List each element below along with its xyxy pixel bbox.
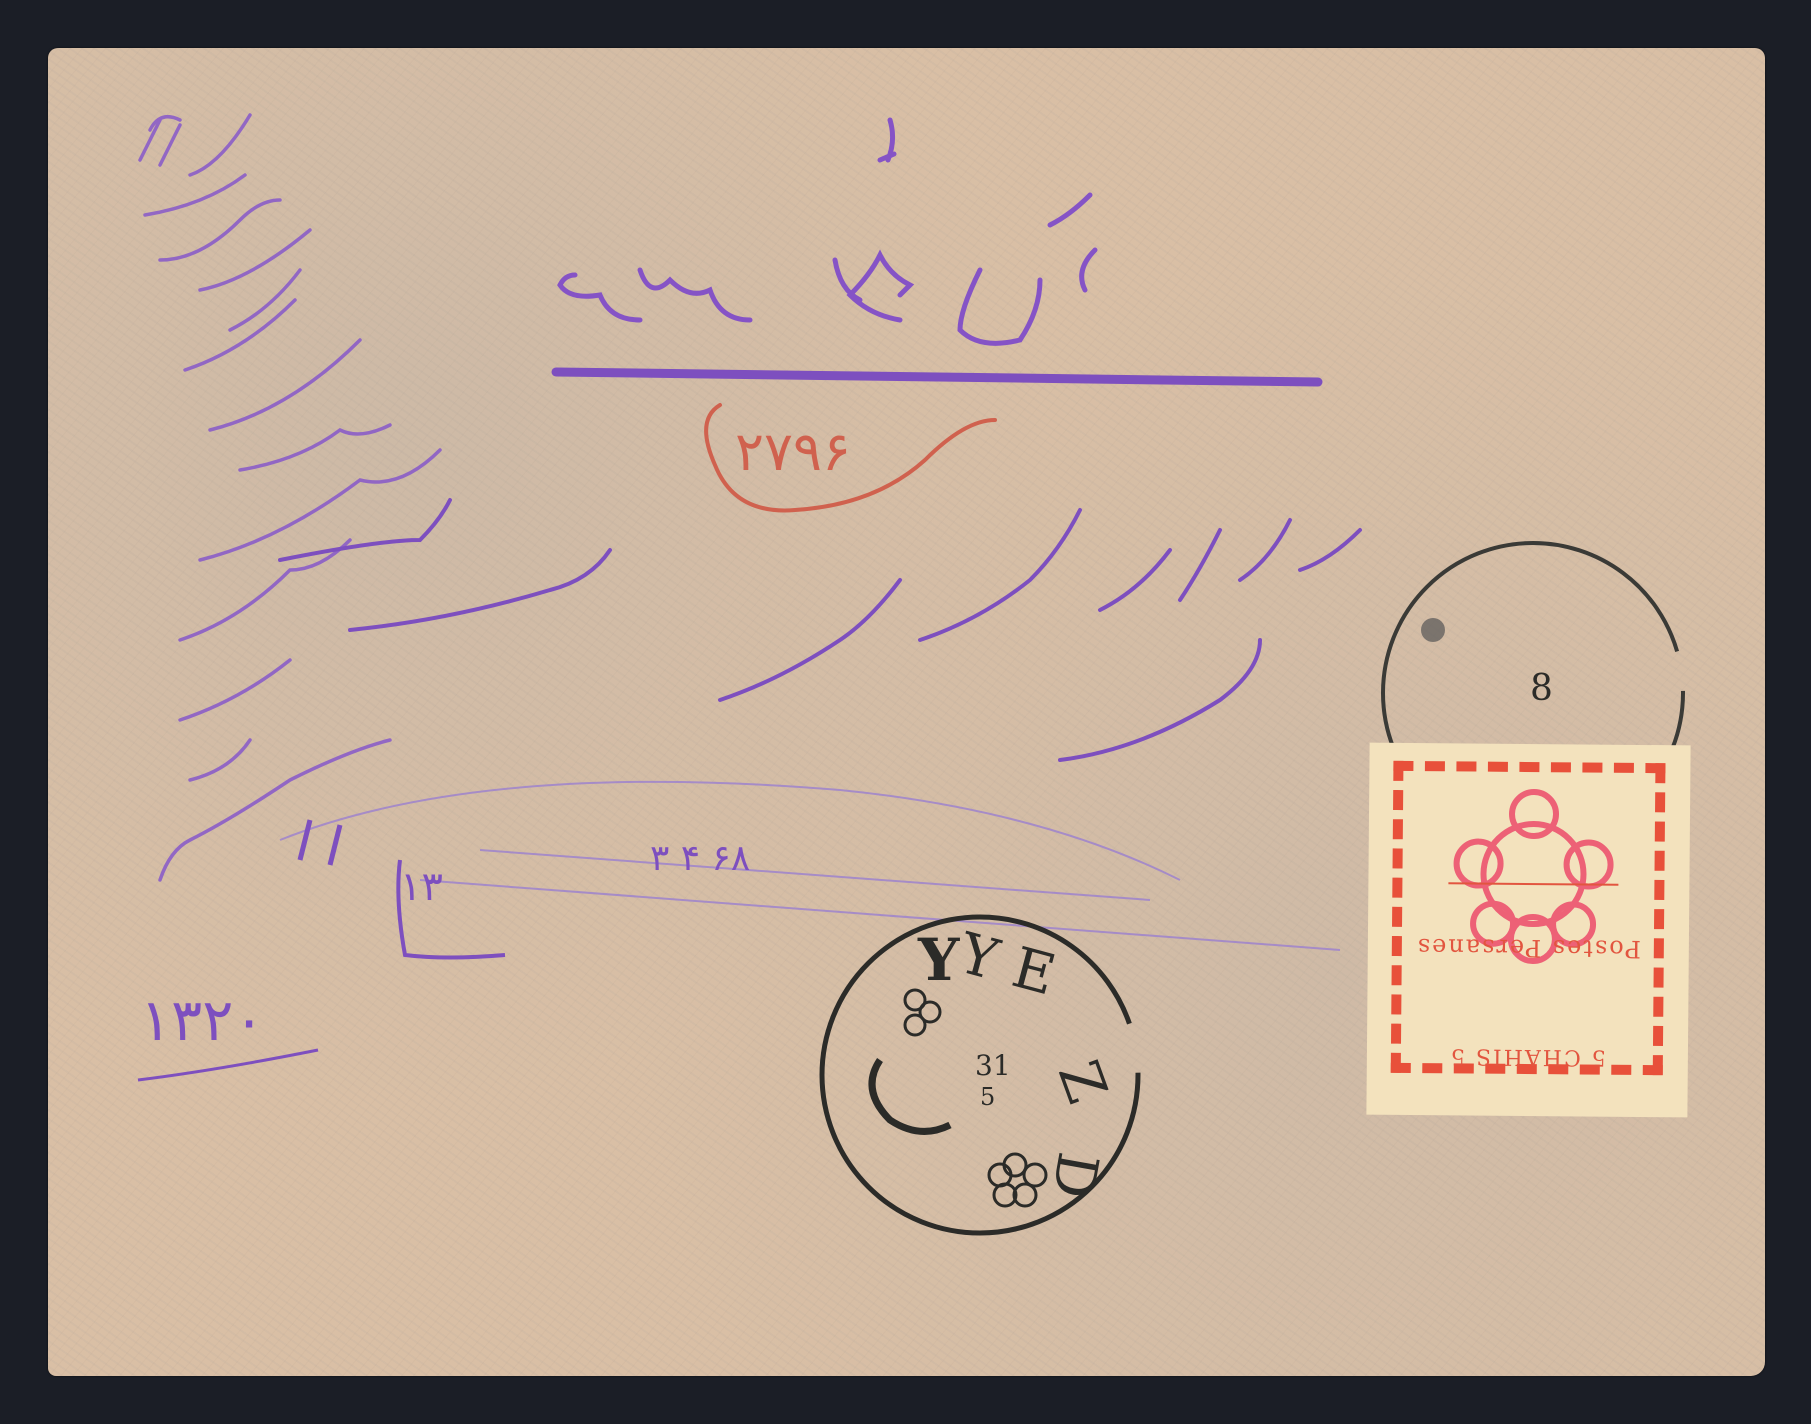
stamp-denomination: 5 CHAHIS 5 bbox=[1367, 1043, 1688, 1071]
handwritten-address: ۲۷۹۶ ۳ ۴ ۶۸ ۱۳ ۱۳۲۰ 8 bbox=[0, 0, 1811, 1424]
postage-stamp: Postes Persanes 5 CHAHIS 5 bbox=[1366, 743, 1690, 1118]
svg-text:Y E: Y E bbox=[952, 921, 1062, 1009]
svg-text:8: 8 bbox=[1530, 668, 1553, 709]
svg-text:۳ ۴ ۶۸: ۳ ۴ ۶۸ bbox=[650, 838, 750, 879]
svg-text:D: D bbox=[1038, 1148, 1110, 1204]
svg-text:Z: Z bbox=[1045, 1053, 1119, 1112]
svg-text:۱۳: ۱۳ bbox=[400, 864, 443, 910]
svg-text:۱۳۲۰: ۱۳۲۰ bbox=[140, 986, 265, 1054]
svg-text:۲۷۹۶: ۲۷۹۶ bbox=[735, 420, 851, 483]
svg-text:31: 31 bbox=[975, 1049, 1011, 1082]
svg-text:5: 5 bbox=[980, 1083, 995, 1111]
yezd-postmark: Y Y E Z D 31 5 bbox=[822, 917, 1138, 1233]
stamp-inscription: Postes Persanes bbox=[1368, 933, 1689, 964]
